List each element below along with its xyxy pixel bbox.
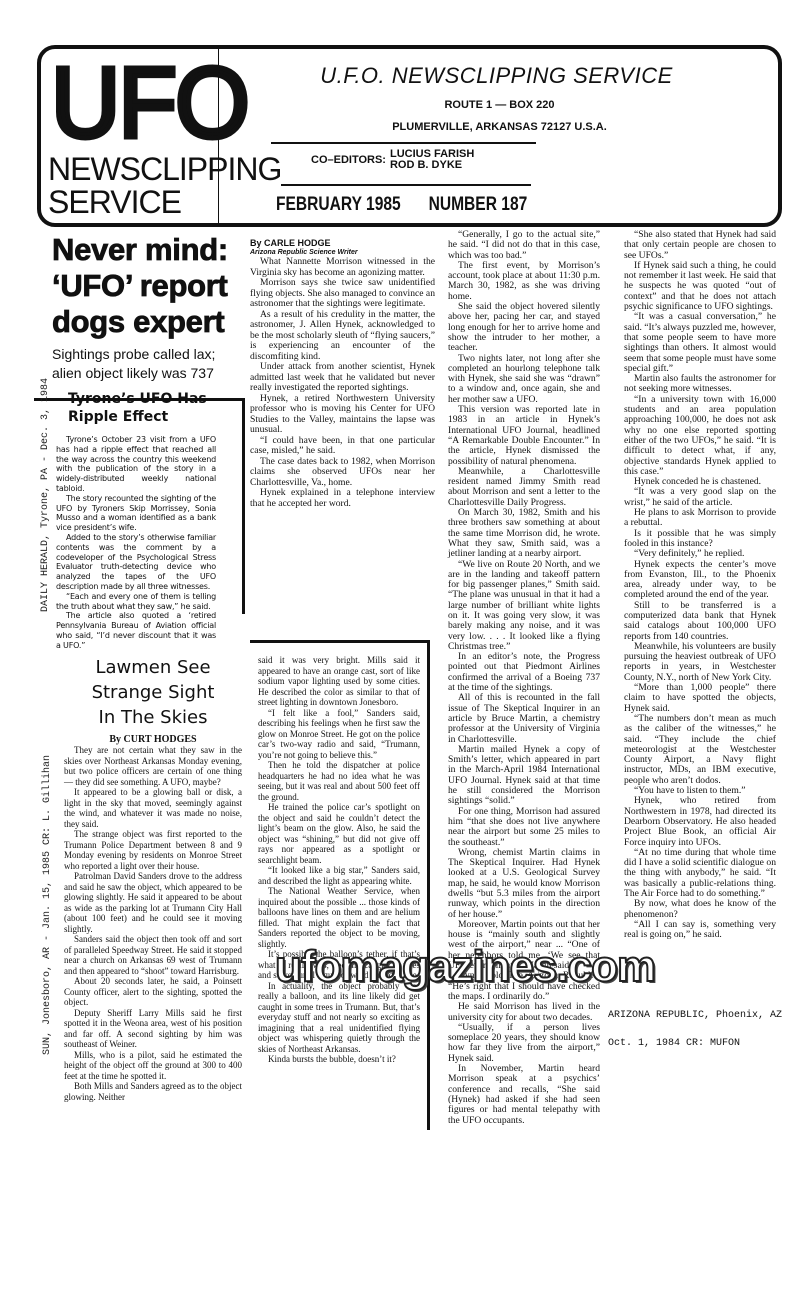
source-date-credit: Oct. 1, 1984 CR: MUFON: [608, 1030, 782, 1058]
paragraph: “It looked like a big star,” Sanders sai…: [258, 865, 420, 886]
co-editors-label: CO–EDITORS:: [311, 154, 386, 166]
paragraph: “It was a casual conversation,” he said.…: [624, 312, 776, 374]
co-editors-names: LUCIUS FARISH ROD B. DYKE: [390, 149, 474, 171]
tyrone-source-credit: DAILY HERALD, Tyrone, PA - Dec. 3, 1984: [40, 378, 51, 612]
paragraph: “It was a very good slap on the wrist,” …: [624, 487, 776, 508]
paragraph: It appeared to be a glowing ball or disk…: [64, 787, 242, 829]
paragraph: Morrison says she twice saw unidentified…: [250, 278, 435, 310]
paragraph: Tyrone’s October 23 visit from a UFO has…: [56, 435, 216, 494]
issue-number: NUMBER 187: [429, 194, 528, 215]
paragraph: Deputy Sheriff Larry Mills said he first…: [64, 1008, 242, 1050]
issue-info: FEBRUARY 1985NUMBER 187: [276, 194, 527, 216]
paragraph: By now, what does he know of the phenome…: [624, 899, 776, 920]
paragraph: “I felt like a fool,” Sanders said, desc…: [258, 708, 420, 761]
article-column: said it was very bright. Mills said it a…: [258, 655, 420, 1065]
paragraph: About 20 seconds later, he said, a Poins…: [64, 976, 242, 1008]
paragraph: “I could have been, in that one particul…: [250, 436, 435, 457]
paragraph: On March 30, 1982, Smith and his three b…: [448, 508, 600, 559]
paragraph: The first event, by Morrison’s account, …: [448, 261, 600, 302]
source-publication: ARIZONA REPUBLIC, Phoenix, AZ: [608, 1002, 782, 1030]
divider: [281, 184, 531, 186]
byline: By CARLE HODGE: [250, 238, 435, 248]
main-headline: Never mind: ‘UFO’ report dogs expert: [52, 232, 242, 340]
source-citation: ARIZONA REPUBLIC, Phoenix, AZ Oct. 1, 19…: [608, 1002, 782, 1058]
paragraph: He trained the police car’s spotlight on…: [258, 802, 420, 865]
title-line: In The Skies: [68, 705, 238, 730]
article-column: “She also stated that Hynek had said tha…: [624, 230, 776, 940]
paragraph: Kinda bursts the bubble, doesn’t it?: [258, 1054, 420, 1065]
paragraph: For one thing, Morrison had assured him …: [448, 807, 600, 848]
byline: By CURT HODGES: [64, 735, 242, 745]
logo-ufo-text: UFO: [51, 59, 248, 147]
paragraph: She said the object hovered silently abo…: [448, 302, 600, 353]
mailing-address: PLUMERVILLE, ARKANSAS 72127 U.S.A.: [221, 121, 778, 133]
paragraph: He plans to ask Morrison to provide a re…: [624, 508, 776, 529]
paragraph: The strange object was first reported to…: [64, 829, 242, 871]
paragraph: Meanwhile, a Charlottesville resident na…: [448, 467, 600, 508]
paragraph: Martin mailed Hynek a copy of Smith’s le…: [448, 745, 600, 807]
paragraph: “Each and every one of them is telling t…: [56, 592, 216, 612]
watermark: ufomagazines.com: [275, 945, 655, 989]
masthead: UFO NEWSCLIPPING SERVICE U.F.O. NEWSCLIP…: [37, 45, 782, 227]
masthead-logo: UFO NEWSCLIPPING SERVICE: [41, 49, 219, 223]
main-subhead: Sightings probe called lax; alien object…: [52, 345, 247, 383]
co-editors: CO–EDITORS: LUCIUS FARISH ROD B. DYKE: [311, 149, 474, 171]
paragraph: “All I can say is, something very real i…: [624, 920, 776, 941]
paragraph: Under attack from another scientist, Hyn…: [250, 362, 435, 394]
paragraph: “In a university town with 16,000 studen…: [624, 395, 776, 477]
paragraph: In November, Martin heard Morrison speak…: [448, 1064, 600, 1126]
lawmen-article-title: Lawmen See Strange Sight In The Skies: [68, 655, 238, 730]
paragraph: “Generally, I go to the actual site,” he…: [448, 230, 600, 261]
masthead-info: U.F.O. NEWSCLIPPING SERVICE ROUTE 1 — BO…: [221, 49, 778, 223]
issue-date: FEBRUARY 1985: [276, 194, 401, 215]
paragraph: Wrong, chemist Martin claims in The Skep…: [448, 848, 600, 920]
paragraph: Sanders said the object then took off an…: [64, 934, 242, 976]
paragraph: “More than 1,000 people” there claim to …: [624, 683, 776, 714]
paragraph: Hynek, a retired Northwestern University…: [250, 394, 435, 436]
paragraph: All of this is recounted in the fall iss…: [448, 693, 600, 744]
paragraph: Added to the story’s otherwise familiar …: [56, 533, 216, 592]
paragraph: “We live on Route 20 North, and we are i…: [448, 560, 600, 653]
paragraph: “At no time during that whole time did I…: [624, 848, 776, 899]
article-column: By CARLE HODGE Arizona Republic Science …: [250, 238, 435, 509]
paragraph: If Hynek said such a thing, he could not…: [624, 261, 776, 312]
paragraph: The story recounted the sighting of the …: [56, 494, 216, 533]
paragraph: Mills, who is a pilot, said he estimated…: [64, 1050, 242, 1082]
paragraph: He said Morrison has lived in the univer…: [448, 1002, 600, 1023]
paragraph: Hynek explained in a telephone interview…: [250, 488, 435, 509]
paragraph: In actuality, the object probably was re…: [258, 981, 420, 1055]
paragraph: Two nights later, not long after she com…: [448, 354, 600, 405]
paragraph: Is it possible that he was simply fooled…: [624, 529, 776, 550]
paragraph: Both Mills and Sanders agreed as to the …: [64, 1081, 242, 1102]
paragraph: “The numbers don’t mean as much as the c…: [624, 714, 776, 786]
paragraph: What Nannette Morrison witnessed in the …: [250, 257, 435, 278]
paragraph: The article also quoted a ‘retired Penns…: [56, 611, 216, 650]
paragraph: Martin also faults the astronomer for no…: [624, 374, 776, 395]
paragraph: “She also stated that Hynek had said tha…: [624, 230, 776, 261]
title-line: Lawmen See: [68, 655, 238, 680]
paragraph: They are not certain what they saw in th…: [64, 745, 242, 787]
paragraph: In an editor’s note, the Progress pointe…: [448, 652, 600, 693]
paragraph: This version was reported late in 1983 i…: [448, 405, 600, 467]
article-column: By CURT HODGES They are not certain what…: [64, 735, 242, 1102]
paragraph: The case dates back to 1982, when Morris…: [250, 457, 435, 489]
tyrone-article-body: Tyrone’s October 23 visit from a UFO has…: [56, 435, 216, 651]
paragraph: “Very definitely,” he replied.: [624, 549, 776, 559]
publication-title: U.F.O. NEWSCLIPPING SERVICE: [221, 63, 772, 89]
divider: [271, 142, 536, 144]
tyrone-article-title: Tyrone’s UFO Has Ripple Effect: [68, 390, 238, 426]
article-column: “Generally, I go to the actual site,” he…: [448, 230, 600, 1126]
paragraph: Patrolman David Sanders drove to the add…: [64, 871, 242, 934]
paragraph: said it was very bright. Mills said it a…: [258, 655, 420, 708]
paragraph: “Usually, if a person lives someplace 20…: [448, 1023, 600, 1064]
lawmen-source-credit: SUN, Jonesboro, AR - Jan. 15, 1985 CR: L…: [42, 755, 53, 1055]
paragraph: Still to be transferred is a computerize…: [624, 601, 776, 642]
paragraph: As a result of his credulity in the matt…: [250, 310, 435, 363]
editor-name: ROD B. DYKE: [390, 159, 462, 171]
paragraph: The National Weather Service, when inqui…: [258, 886, 420, 949]
paragraph: Then he told the dispatcher at police he…: [258, 760, 420, 802]
title-line: Strange Sight: [68, 680, 238, 705]
paragraph: Meanwhile, his volunteers are busily pur…: [624, 642, 776, 683]
logo-service-text: SERVICE: [48, 185, 181, 219]
mailing-route: ROUTE 1 — BOX 220: [221, 99, 778, 111]
paragraph: Hynek, who retired from Northwestern in …: [624, 796, 776, 847]
paragraph: Hynek expects the center’s move from Eva…: [624, 560, 776, 601]
